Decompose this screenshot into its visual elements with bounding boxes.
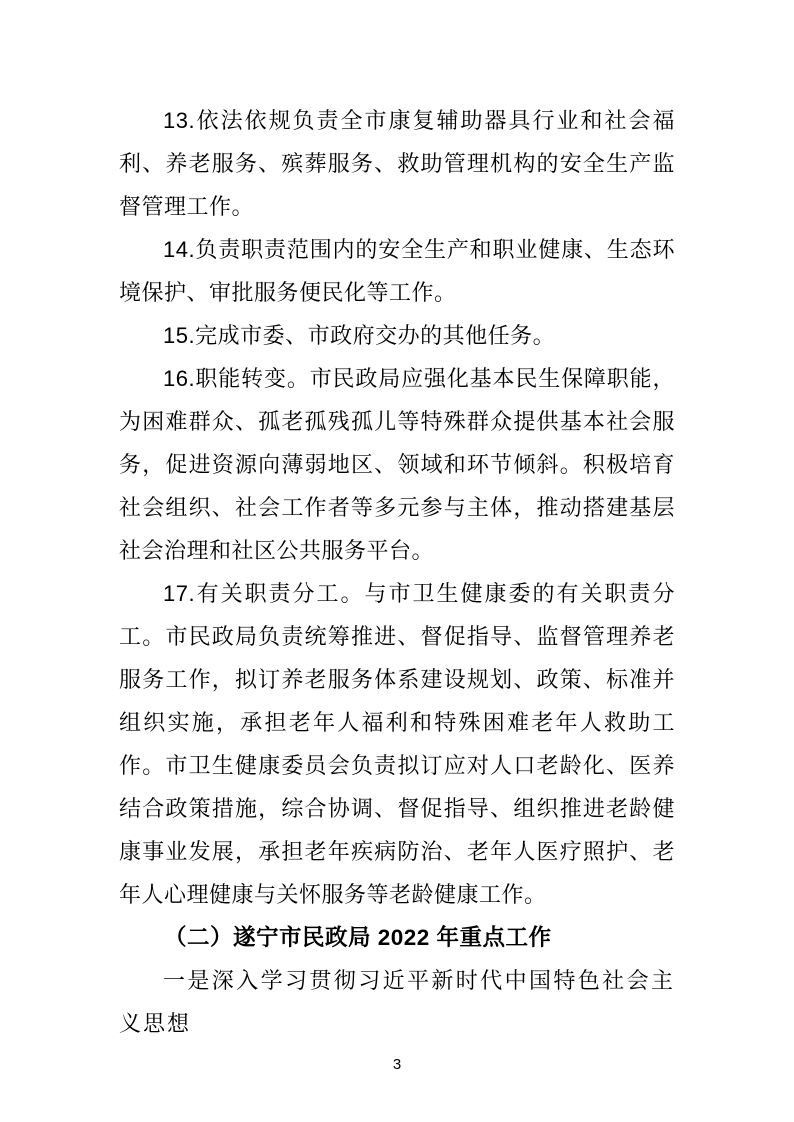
page-number: 3 bbox=[0, 1054, 794, 1076]
paragraph-item-13: 13.依法依规负责全市康复辅助器具行业和社会福利、养老服务、殡葬服务、救助管理机… bbox=[119, 99, 675, 228]
document-body: 13.依法依规负责全市康复辅助器具行业和社会福利、养老服务、殡葬服务、救助管理机… bbox=[119, 99, 675, 1045]
emphasis-paragraph: 一是深入学习贯彻习近平新时代中国特色社会主义思想 bbox=[119, 959, 675, 1045]
document-page: 13.依法依规负责全市康复辅助器具行业和社会福利、养老服务、殡葬服务、救助管理机… bbox=[0, 0, 794, 1122]
paragraph-item-15: 15.完成市委、市政府交办的其他任务。 bbox=[119, 314, 675, 357]
paragraph-item-17: 17.有关职责分工。与市卫生健康委的有关职责分工。市民政局负责统筹推进、督促指导… bbox=[119, 572, 675, 916]
paragraph-item-16: 16.职能转变。市民政局应强化基本民生保障职能，为困难群众、孤老孤残孤儿等特殊群… bbox=[119, 357, 675, 572]
paragraph-item-14: 14.负责职责范围内的安全生产和职业健康、生态环境保护、审批服务便民化等工作。 bbox=[119, 228, 675, 314]
section-heading: （二）遂宁市民政局 2022 年重点工作 bbox=[119, 916, 675, 959]
